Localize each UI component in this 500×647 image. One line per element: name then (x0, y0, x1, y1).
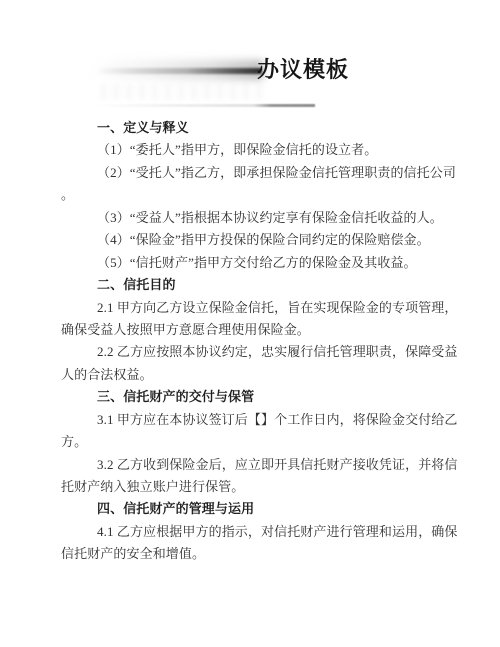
document-line: （2）“受托人”指乙方，即承担保险金信托管理职责的信托公司 (61, 162, 456, 184)
document-line: 。 (61, 184, 456, 206)
redaction-ghost (100, 84, 265, 100)
document-page: 办议模板 一、定义与释义（1）“委托人”指甲方，即保险金信托的设立者。（2）“受… (0, 0, 500, 647)
document-line: 确保受益人按照甲方意愿合理使用保险金。 (61, 319, 456, 341)
section-heading: 一、定义与释义 (61, 117, 456, 139)
document-line: 方。 (61, 431, 456, 453)
section-heading: 二、信托目的 (61, 274, 456, 296)
document-line: （1）“委托人”指甲方，即保险金信托的设立者。 (61, 139, 456, 161)
section-heading: 四、信托财产的管理与运用 (61, 498, 456, 520)
document-line: （4）“保险金”指甲方投保的保险合同约定的保险赔偿金。 (61, 229, 456, 251)
redaction-smear (95, 68, 262, 74)
document-line: 信托财产的安全和增值。 (61, 543, 456, 565)
document-line: 4.1 乙方应根据甲方的指示，对信托财产进行管理和运用，确保 (61, 521, 456, 543)
document-title: 办议模板 (257, 56, 349, 84)
section-heading: 三、信托财产的交付与保管 (61, 386, 456, 408)
document-line: 托财产纳入独立账户进行保管。 (61, 476, 456, 498)
document-line: 2.1 甲方向乙方设立保险金信托，旨在实现保险金的专项管理， (61, 297, 456, 319)
document-line: 人的合法权益。 (61, 364, 456, 386)
document-line: （3）“受益人”指根据本协议约定享有保险金信托收益的人。 (61, 207, 456, 229)
document-body: 一、定义与释义（1）“委托人”指甲方，即保险金信托的设立者。（2）“受托人”指乙… (61, 117, 456, 566)
document-line: 2.2 乙方应按照本协议约定，忠实履行信托管理职责，保障受益 (61, 341, 456, 363)
document-line: 3.1 甲方应在本协议签订后【】个工作日内，将保险金交付给乙 (61, 409, 456, 431)
document-line: （5）“信托财产”指甲方交付给乙方的保险金及其收益。 (61, 252, 456, 274)
redaction-underline (95, 104, 315, 107)
document-line: 3.2 乙方收到保险金后，应立即开具信托财产接收凭证，并将信 (61, 454, 456, 476)
